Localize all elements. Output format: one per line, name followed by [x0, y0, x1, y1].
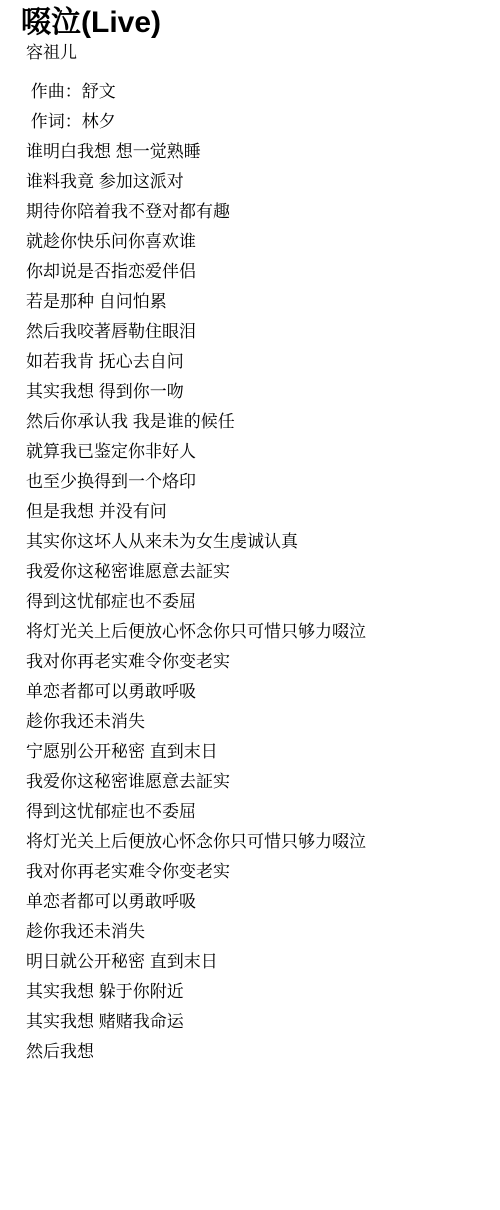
lyric-line: 我对你再老实难令你变老实	[26, 647, 486, 677]
lyric-line: 就算我已鉴定你非好人	[26, 437, 486, 467]
lyric-line: 趁你我还未消失	[26, 707, 486, 737]
lyric-line: 将灯光关上后便放心怀念你只可惜只够力啜泣	[26, 617, 486, 647]
lyric-line: 我爱你这秘密谁愿意去証实	[26, 767, 486, 797]
lyrics-block: 作曲：舒文 作词：林夕谁明白我想 想一觉熟睡谁料我竟 参加这派对期待你陪着我不登…	[26, 77, 486, 1067]
lyric-line: 其实我想 躲于你附近	[26, 977, 486, 1007]
lyric-line: 我爱你这秘密谁愿意去証实	[26, 557, 486, 587]
lyric-line: 得到这忧郁症也不委屈	[26, 797, 486, 827]
lyric-line: 明日就公开秘密 直到末日	[26, 947, 486, 977]
lyric-line: 得到这忧郁症也不委屈	[26, 587, 486, 617]
lyric-line: 但是我想 并没有问	[26, 497, 486, 527]
lyric-line: 其实我想 赌赌我命运	[26, 1007, 486, 1037]
lyric-line: 趁你我还未消失	[26, 917, 486, 947]
lyric-line: 你却说是否指恋爱伴侣	[26, 257, 486, 287]
credit-line: 作词：林夕	[26, 107, 486, 137]
lyric-line: 期待你陪着我不登对都有趣	[26, 197, 486, 227]
lyric-line: 其实你这坏人从来未为女生虔诚认真	[26, 527, 486, 557]
lyric-line: 就趁你快乐问你喜欢谁	[26, 227, 486, 257]
artist-name: 容祖儿	[26, 42, 486, 64]
lyric-line: 然后我咬著唇勒住眼泪	[26, 317, 486, 347]
lyric-line: 也至少换得到一个烙印	[26, 467, 486, 497]
lyric-line: 若是那种 自问怕累	[26, 287, 486, 317]
lyric-line: 宁愿别公开秘密 直到末日	[26, 737, 486, 767]
lyric-line: 单恋者都可以勇敢呼吸	[26, 677, 486, 707]
lyric-line: 谁明白我想 想一觉熟睡	[26, 137, 486, 167]
lyric-line: 单恋者都可以勇敢呼吸	[26, 887, 486, 917]
song-title: 啜泣(Live)	[21, 4, 486, 42]
lyric-line: 将灯光关上后便放心怀念你只可惜只够力啜泣	[26, 827, 486, 857]
lyric-line: 然后我想	[26, 1037, 486, 1067]
credit-line: 作曲：舒文	[26, 77, 486, 107]
lyric-line: 谁料我竟 参加这派对	[26, 167, 486, 197]
lyrics-page: 啜泣(Live) 容祖儿 作曲：舒文 作词：林夕谁明白我想 想一觉熟睡谁料我竟 …	[0, 0, 500, 1067]
lyric-line: 如若我肯 抚心去自问	[26, 347, 486, 377]
lyric-line: 其实我想 得到你一吻	[26, 377, 486, 407]
lyric-line: 我对你再老实难令你变老实	[26, 857, 486, 887]
lyric-line: 然后你承认我 我是谁的候任	[26, 407, 486, 437]
